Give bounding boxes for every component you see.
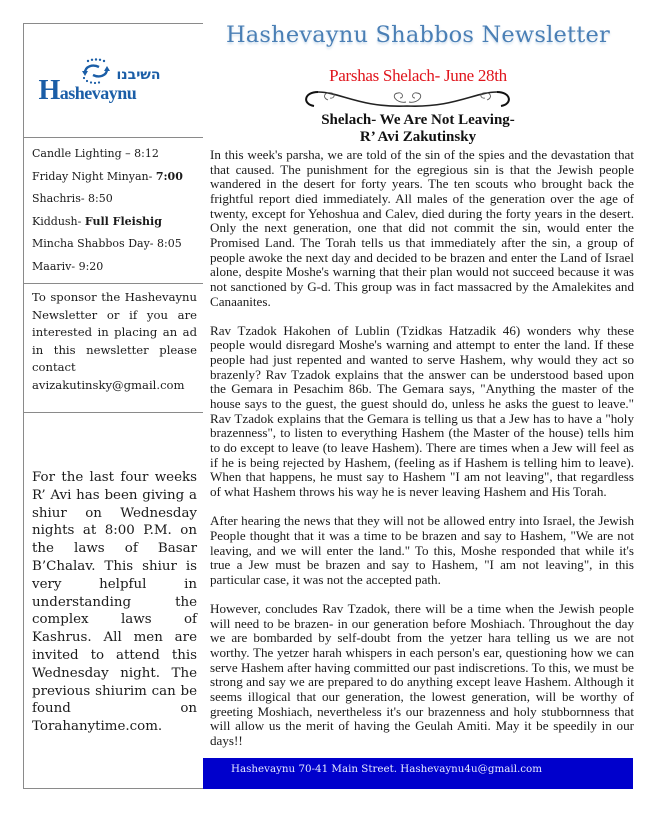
schedule-label: Maariv- 9:20 (32, 260, 103, 273)
schedule-kiddush: Kiddush- Full Fleishig (32, 211, 203, 234)
sponsor-box: To sponsor the Hashevaynu Newsletter or … (24, 284, 203, 413)
schedule-maariv: Maariv- 9:20 (32, 256, 203, 279)
schedule-label: Candle Lighting – 8:12 (32, 147, 159, 160)
logo-initial: H (39, 75, 60, 106)
schedule-shachris: Shachris- 8:50 (32, 188, 203, 211)
schedule-kiddush-type: Full Fleishig (85, 215, 162, 228)
article-paragraph: After hearing the news that they will no… (210, 514, 634, 587)
schedule-friday-minyan: Friday Night Minyan- 7:00 (32, 166, 203, 189)
schedule-label: Shachris- 8:50 (32, 192, 113, 205)
article-author: R’ Avi Zakutinsky (203, 129, 633, 146)
shiur-announcement-box: For the last four weeks R’ Avi has been … (24, 413, 203, 788)
schedule-label: Mincha Shabbos Day- 8:05 (32, 237, 182, 250)
footer-contact-text: Hashevaynu 70-41 Main Street. Hashevaynu… (231, 763, 542, 775)
schedule-label: Kiddush- (32, 215, 85, 228)
schedule-candle-lighting: Candle Lighting – 8:12 (32, 143, 203, 166)
newsletter-title: Hashevaynu Shabbos Newsletter (203, 22, 633, 48)
article-title-line1: Shelach- We Are Not Leaving- (203, 112, 633, 129)
logo-rest: ashevaynu (60, 83, 137, 103)
schedule-time: 7:00 (156, 170, 183, 183)
article-paragraph: Rav Tzadok Hakohen of Lublin (Tzidkas Ha… (210, 324, 634, 500)
article-body: In this week's parsha, we are told of th… (210, 148, 634, 749)
parsha-date: Parshas Shelach- June 28th (203, 66, 633, 86)
schedule-box: Candle Lighting – 8:12 Friday Night Miny… (24, 138, 203, 284)
logo-wordmark: Hashevaynu (39, 75, 137, 107)
logo-box: השיבנו Hashevaynu (24, 24, 203, 138)
sidebar: השיבנו Hashevaynu Candle Lighting – 8:12… (23, 23, 203, 789)
schedule-mincha: Mincha Shabbos Day- 8:05 (32, 233, 203, 256)
hashevaynu-logo: השיבנו Hashevaynu (39, 58, 189, 104)
article-title: Shelach- We Are Not Leaving- R’ Avi Zaku… (203, 112, 633, 146)
schedule-label: Friday Night Minyan- (32, 170, 156, 183)
article-paragraph: In this week's parsha, we are told of th… (210, 148, 634, 309)
flourish-divider-icon (300, 86, 515, 112)
footer-contact-bar: Hashevaynu 70-41 Main Street. Hashevaynu… (203, 758, 633, 789)
article-paragraph: However, concludes Rav Tzadok, there wil… (210, 602, 634, 749)
